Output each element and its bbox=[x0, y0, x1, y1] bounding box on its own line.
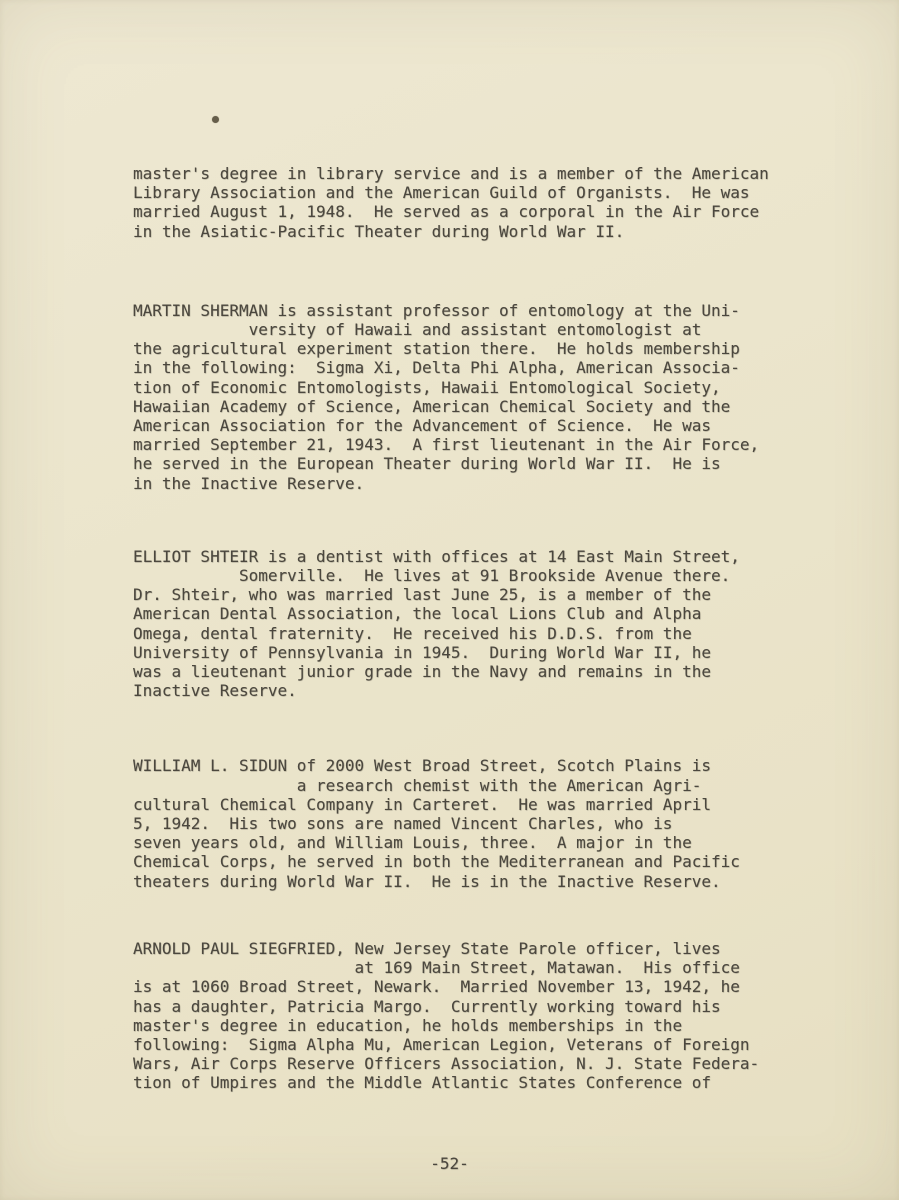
paragraph-arnold-siegfried: ARNOLD PAUL SIEGFRIED, New Jersey State … bbox=[133, 939, 769, 1093]
document-page: master's degree in library service and i… bbox=[0, 0, 899, 1200]
paragraph-continuation-entry: master's degree in library service and i… bbox=[133, 164, 769, 241]
page-number: -52- bbox=[0, 1154, 899, 1173]
paragraph-martin-sherman: MARTIN SHERMAN is assistant professor of… bbox=[133, 301, 769, 493]
text-block: master's degree in library service and i… bbox=[133, 164, 769, 1093]
ink-speck bbox=[212, 116, 219, 123]
paragraph-william-sidun: WILLIAM L. SIDUN of 2000 West Broad Stre… bbox=[133, 756, 769, 890]
paragraph-elliot-shteir: ELLIOT SHTEIR is a dentist with offices … bbox=[133, 547, 769, 701]
